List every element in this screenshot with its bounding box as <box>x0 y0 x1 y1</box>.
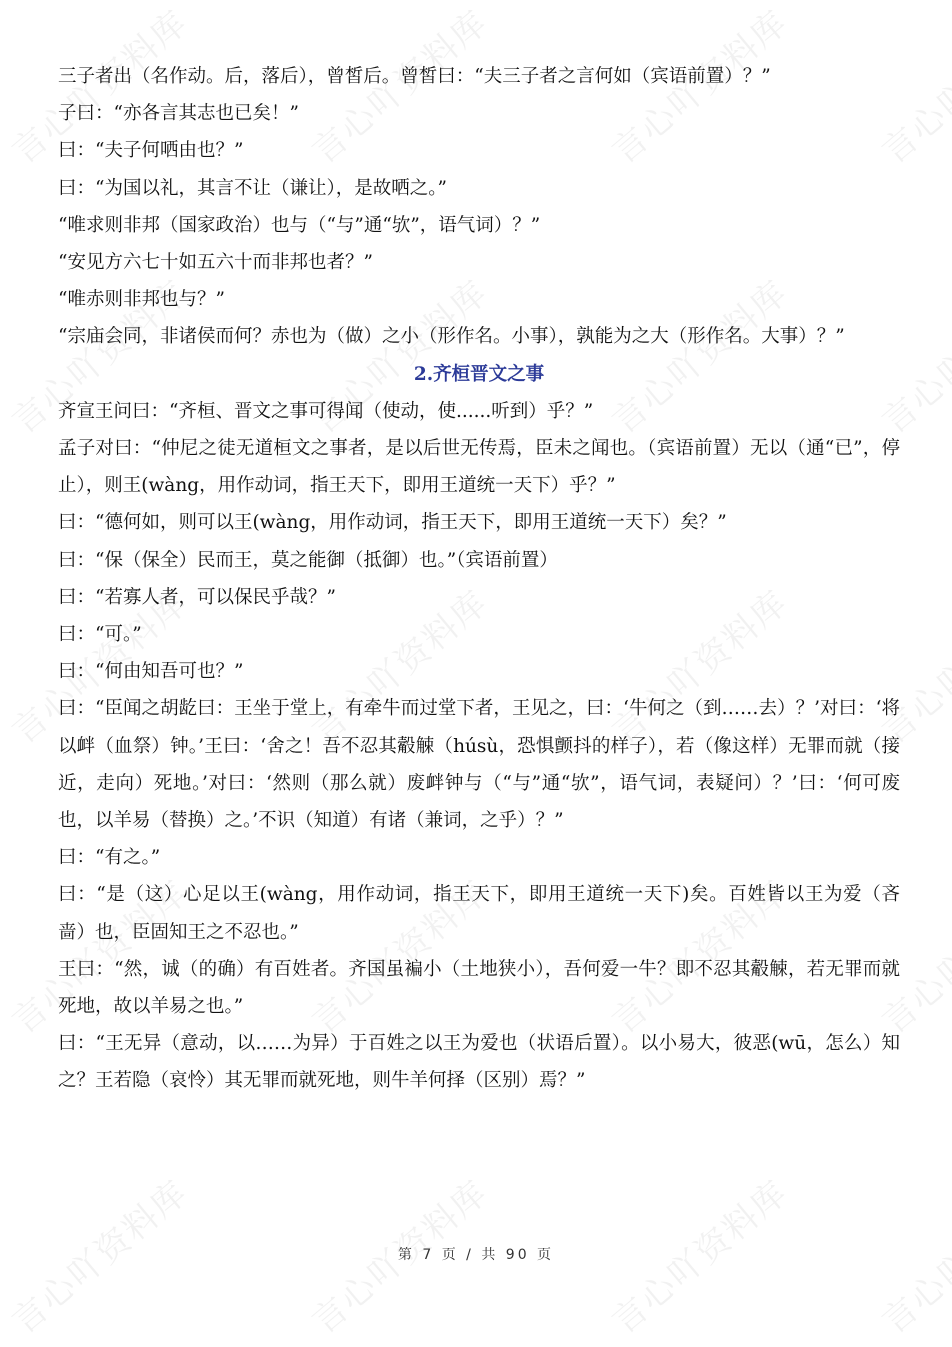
paragraph-line: 孟子对曰：“仲尼之徒无道桓文之事者，是以后世无传焉，臣未之闻也。（宾语前置）无以… <box>58 430 900 504</box>
paragraph-line: 曰：“何由知吾可也？” <box>58 653 900 690</box>
paragraph-line: 曰：“若寡人者，可以保民乎哉？” <box>58 579 900 616</box>
paragraph-line: “唯赤则非邦也与？” <box>58 281 900 318</box>
paragraph-line: 曰：“臣闻之胡龁曰：王坐于堂上，有牵牛而过堂下者，王见之，曰：‘牛何之（到……去… <box>58 690 900 839</box>
paragraph-line: 三子者出（名作动。后，落后），曾皙后。曾皙曰：“夫三子者之言何如（宾语前置）？” <box>58 58 900 95</box>
page-number-footer: 第 7 页 / 共 90 页 <box>0 1244 952 1264</box>
paragraph-line: 齐宣王问曰：“齐桓、晋文之事可得闻（使动，使......听到）乎？” <box>58 393 900 430</box>
paragraph-line: “宗庙会同，非诸侯而何？赤也为（做）之小（形作名。小事），孰能为之大（形作名。大… <box>58 318 900 355</box>
document-page: 言心吖资料库言心吖资料库言心吖资料库言心吖资料库言心吖资料库言心吖资料库言心吖资… <box>0 0 952 1347</box>
paragraph-line: 曰：“德何如，则可以王(wàng，用作动词，指王天下，即用王道统一天下）矣？” <box>58 504 900 541</box>
document-body: 三子者出（名作动。后，落后），曾皙后。曾皙曰：“夫三子者之言何如（宾语前置）？”… <box>58 58 900 1100</box>
paragraph-line: “唯求则非邦（国家政治）也与（“与”通“欤”，语气词）？” <box>58 207 900 244</box>
paragraph-line: 曰：“夫子何哂由也？” <box>58 132 900 169</box>
paragraph-line: 曰：“为国以礼，其言不让（谦让），是故哂之。” <box>58 170 900 207</box>
paragraph-line: 曰：“有之。” <box>58 839 900 876</box>
paragraph-line: 子曰：“亦各言其志也已矣！” <box>58 95 900 132</box>
paragraph-line: 曰：“可。” <box>58 616 900 653</box>
section-heading: 2.齐桓晋文之事 <box>58 356 900 393</box>
paragraph-line: 曰：“保（保全）民而王，莫之能御（抵御）也。”（宾语前置） <box>58 542 900 579</box>
paragraph-line: “安见方六七十如五六十而非邦也者？” <box>58 244 900 281</box>
paragraph-line: 曰：“是（这）心足以王(wàng，用作动词，指王天下，即用王道统一天下)矣。百姓… <box>58 876 900 950</box>
paragraph-line: 曰：“王无异（意动，以……为异）于百姓之以王为爱也（状语后置）。以小易大，彼恶(… <box>58 1025 900 1099</box>
paragraph-line: 王曰：“然，诚（的确）有百姓者。齐国虽褊小（土地狭小），吾何爱一牛？即不忍其觳觫… <box>58 951 900 1025</box>
